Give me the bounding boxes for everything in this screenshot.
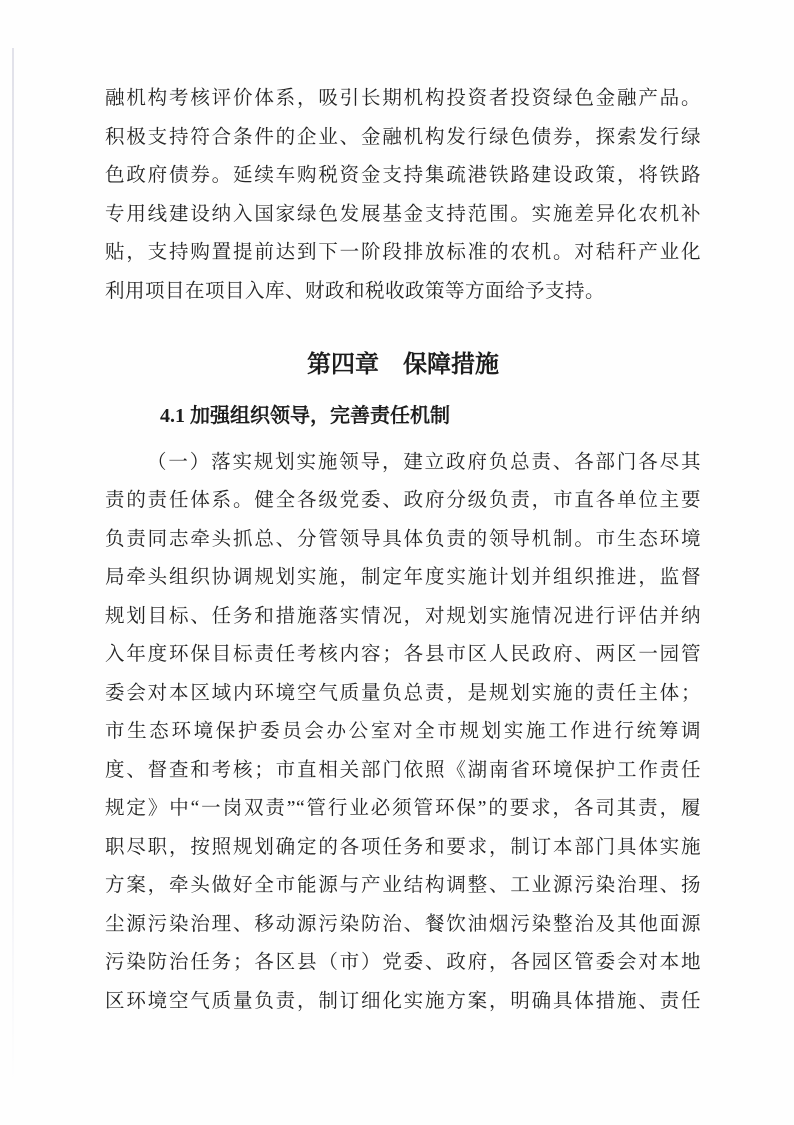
text-line: 规划目标、任务和措施落实情况，对规划实施情况进行评估并纳 — [105, 598, 701, 637]
text-line: 方案，牵头做好全市能源与产业结构调整、工业源污染治理、扬 — [105, 867, 701, 906]
text-line: 融机构考核评价体系，吸引长期机构投资者投资绿色金融产品。 — [105, 80, 701, 119]
document-page: 融机构考核评价体系，吸引长期机构投资者投资绿色金融产品。 积极支持符合条件的企业… — [0, 0, 794, 1125]
text-line: 委会对本区域内环境空气质量负总责，是规划实施的责任主体； — [105, 675, 701, 714]
text-line: 区环境空气质量负责，制订细化实施方案，明确具体措施、责任 — [105, 983, 701, 1022]
section-heading: 4.1 加强组织领导，完善责任机制 — [105, 397, 701, 436]
text-line: 尘源污染治理、移动源污染防治、餐饮油烟污染整治及其他面源 — [105, 906, 701, 945]
paragraph-body: （一）落实规划实施领导，建立政府负总责、各部门各尽其 责的责任体系。健全各级党委… — [105, 444, 701, 1022]
text-line: 色政府债券。延续车购税资金支持集疏港铁路建设政策，将铁路 — [105, 157, 701, 196]
text-line: 专用线建设纳入国家绿色发展基金支持范围。实施差异化农机补 — [105, 196, 701, 235]
text-line: 贴，支持购置提前达到下一阶段排放标准的农机。对秸秆产业化 — [105, 234, 701, 273]
text-line: 局牵头组织协调规划实施，制定年度实施计划并组织推进，监督 — [105, 559, 701, 598]
text-line: 污染防治任务；各区县（市）党委、政府，各园区管委会对本地 — [105, 944, 701, 983]
text-line: 负责同志牵头抓总、分管领导具体负责的领导机制。市生态环境 — [105, 521, 701, 560]
text-line: 市生态环境保护委员会办公室对全市规划实施工作进行统筹调 — [105, 713, 701, 752]
text-line: 积极支持符合条件的企业、金融机构发行绿色债券，探索发行绿 — [105, 119, 701, 158]
scan-edge-artifact — [12, 48, 14, 1088]
document-content: 融机构考核评价体系，吸引长期机构投资者投资绿色金融产品。 积极支持符合条件的企业… — [105, 80, 701, 1021]
chapter-heading: 第四章 保障措施 — [105, 343, 701, 387]
text-line: 入年度环保目标责任考核内容；各县市区人民政府、两区一园管 — [105, 636, 701, 675]
text-line: 责的责任体系。健全各级党委、政府分级负责，市直各单位主要 — [105, 482, 701, 521]
text-line: 职尽职，按照规划确定的各项任务和要求，制订本部门具体实施 — [105, 829, 701, 868]
paragraph-continuation: 融机构考核评价体系，吸引长期机构投资者投资绿色金融产品。 积极支持符合条件的企业… — [105, 80, 701, 311]
text-line: （一）落实规划实施领导，建立政府负总责、各部门各尽其 — [105, 444, 701, 483]
text-line: 利用项目在项目入库、财政和税收政策等方面给予支持。 — [105, 273, 701, 312]
text-line: 度、督查和考核；市直相关部门依照《湖南省环境保护工作责任 — [105, 752, 701, 791]
text-line: 规定》中“一岗双责”“管行业必须管环保”的要求，各司其责，履 — [105, 790, 701, 829]
